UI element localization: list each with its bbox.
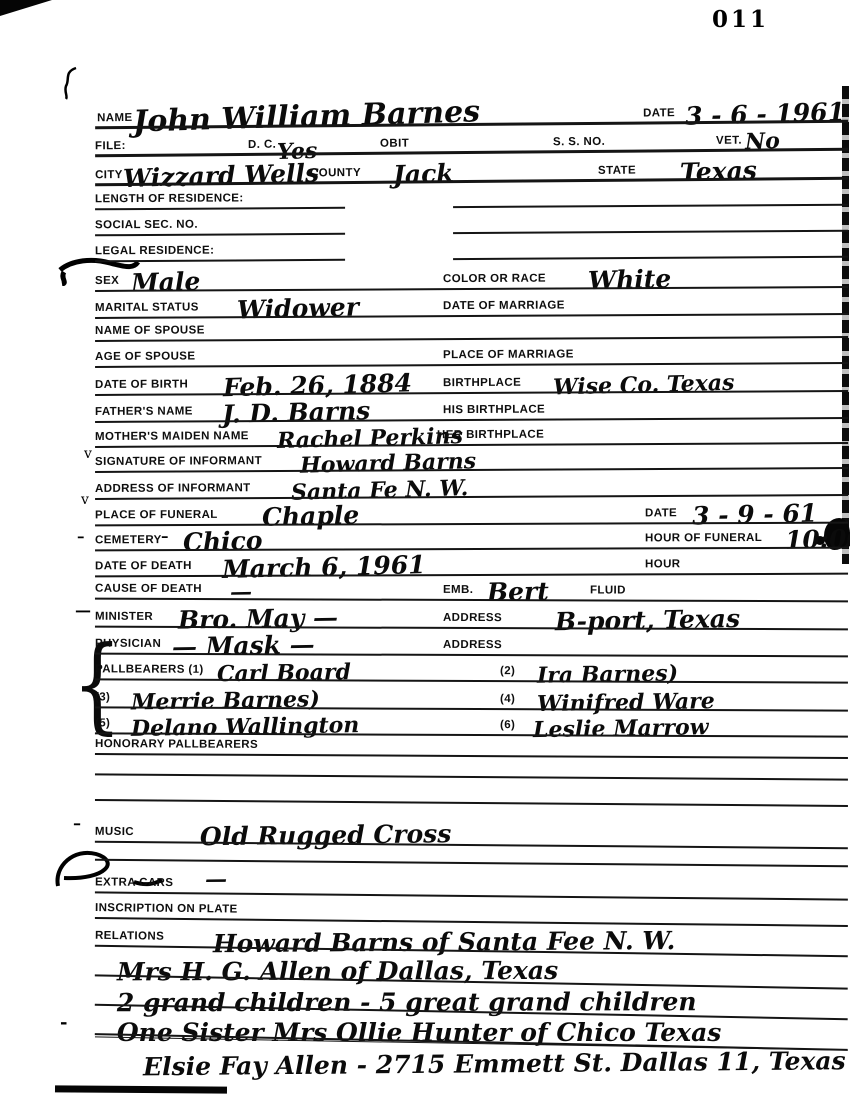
form-row-cemetery: – CEMETERY – Chico HOUR OF FUNERAL 10:00: [95, 523, 848, 552]
pen-dash-mark: –: [73, 814, 81, 833]
scan-bottom-bar-artifact: [55, 1085, 227, 1093]
place-of-funeral-label: PLACE OF FUNERAL: [95, 509, 218, 521]
pen-check-mark: v: [84, 446, 92, 462]
footer-note-row: Elsie Fay Allen - 2715 Emmett St. Dallas…: [95, 1041, 848, 1082]
file-label: FILE:: [95, 141, 126, 153]
place-of-marriage-label: PLACE OF MARRIAGE: [443, 349, 574, 361]
pallbearers-3-label: (3): [95, 692, 110, 704]
marital-status-label: MARITAL STATUS: [95, 302, 199, 314]
rule-line: [95, 233, 345, 237]
form-row-father: FATHER'S NAME J. D. Barns HIS BIRTHPLACE: [95, 392, 848, 423]
hour-of-funeral-label: HOUR OF FUNERAL: [645, 532, 762, 544]
pen-dash-mark: —: [75, 601, 91, 620]
form-row-pallbearers-3-4: (3) Merrie Barnes) (4) Winifred Ware: [95, 681, 848, 711]
scanned-funeral-record-page: 011 v v - { NAME John William Barnes DAT…: [0, 0, 850, 1100]
blank-ruled-line: [95, 787, 848, 807]
music-label: MUSIC: [95, 826, 134, 838]
city-label: CITY: [95, 170, 123, 182]
form-row-minister: — MINISTER Bro. May — ADDRESS B-port, Te…: [95, 600, 848, 631]
pallbearers-1-label: PALLBEARERS (1): [95, 664, 204, 676]
address-of-informant-label: ADDRESS OF INFORMANT: [95, 483, 251, 495]
ssn-label: S. S. NO.: [553, 136, 605, 148]
form-row-music: – MUSIC Old Rugged Cross: [95, 809, 848, 850]
form-row-spouse: NAME OF SPOUSE: [95, 315, 848, 342]
pallbearers-4-label: (4): [500, 694, 515, 706]
pallbearers-2-label: (2): [500, 666, 515, 678]
blank-ruled-line: [95, 761, 848, 780]
name-label: NAME: [97, 112, 133, 124]
state-label: STATE: [598, 165, 636, 177]
signature-of-informant-label: SIGNATURE OF INFORMANT: [95, 456, 262, 468]
color-race-label: COLOR OR RACE: [443, 273, 546, 285]
form-row-sex: SEX Male COLOR OR RACE White: [95, 260, 848, 292]
pen-dash-mark: -: [60, 1012, 67, 1033]
form-row-honorary-pallbearers: HONORARY PALLBEARERS: [95, 734, 848, 759]
pallbearers-6-label: (6): [500, 720, 515, 732]
form-row-name: NAME John William Barnes DATE 3 - 6 - 19…: [95, 89, 848, 130]
extra-cars-label: EXTRA CARS: [95, 877, 173, 889]
emb-label: EMB.: [443, 584, 473, 596]
minister-label: MINISTER: [95, 611, 153, 623]
rule-line: [453, 230, 848, 234]
form-row-residence: LENGTH OF RESIDENCE:: [95, 182, 848, 211]
form-row-cause: CAUSE OF DEATH — EMB. Bert FLUID: [95, 575, 848, 603]
age-of-spouse-label: AGE OF SPOUSE: [95, 351, 195, 363]
form-row-birth: DATE OF BIRTH Feb. 26, 1884 BIRTHPLACE W…: [95, 364, 848, 396]
cemetery-label: CEMETERY: [95, 535, 162, 547]
extra-cars-value: —: [205, 866, 227, 892]
form-row-legal-residence: LEGAL RESIDENCE:: [95, 235, 848, 263]
music-value: Old Rugged Cross: [200, 819, 452, 851]
pen-squiggle-mark: [56, 66, 86, 100]
fluid-label: FLUID: [590, 585, 626, 597]
pallbearers-5-label: (5): [95, 718, 110, 730]
footer-note-value: Elsie Fay Allen - 2715 Emmett St. Dallas…: [143, 1046, 846, 1081]
relations-label: RELATIONS: [95, 930, 164, 942]
physician-address-label: ADDRESS: [443, 639, 502, 651]
scan-corner-artifact: [0, 0, 52, 16]
legal-residence-label: LEGAL RESIDENCE:: [95, 245, 214, 257]
name-of-spouse-label: NAME OF SPOUSE: [95, 325, 205, 337]
form-row-marital: MARITAL STATUS Widower DATE OF MARRIAGE: [95, 288, 848, 319]
blank-ruled-line: [95, 849, 848, 868]
rule-line: [95, 799, 848, 807]
date-of-marriage-label: DATE OF MARRIAGE: [443, 300, 565, 312]
vet-label: VET.: [716, 135, 742, 147]
physician-label: PHYSICIAN: [95, 638, 161, 650]
minister-address-label: ADDRESS: [443, 612, 502, 624]
pen-dash-mark: –: [161, 527, 169, 545]
residence-label: LENGTH OF RESIDENCE:: [95, 193, 244, 205]
hour-label: HOUR: [645, 559, 681, 571]
his-birthplace-label: HIS BIRTHPLACE: [443, 404, 545, 416]
form-row-city: CITY Wizzard Wells COUNTY Jack STATE Tex…: [95, 152, 848, 187]
form-row-ssn: SOCIAL SEC. NO.: [95, 208, 848, 237]
rule-line: [95, 207, 345, 211]
mothers-maiden-name-label: MOTHER'S MAIDEN NAME: [95, 431, 249, 443]
rule-line: [95, 259, 345, 263]
date-of-birth-label: DATE OF BIRTH: [95, 379, 188, 391]
birthplace-label: BIRTHPLACE: [443, 377, 521, 389]
pen-check-mark: v: [81, 492, 89, 508]
cause-of-death-label: CAUSE OF DEATH: [95, 583, 202, 595]
her-birthplace-label: HER BIRTHPLACE: [437, 429, 544, 441]
ssn-label: SOCIAL SEC. NO.: [95, 219, 198, 231]
date-label: DATE: [643, 108, 675, 120]
obit-label: OBIT: [380, 138, 409, 150]
form-row-informant-address: ADDRESS OF INFORMANT Santa Fe N. W.: [95, 469, 848, 500]
funeral-date-label: DATE: [645, 508, 677, 520]
form-row-pallbearers-1-2: PALLBEARERS (1) Carl Board (2) Ira Barne…: [95, 654, 848, 683]
fathers-name-label: FATHER'S NAME: [95, 406, 193, 418]
pen-dash-mark: –: [77, 527, 85, 545]
date-of-death-label: DATE OF DEATH: [95, 560, 192, 572]
form-row-funeral-place: PLACE OF FUNERAL Chaple DATE 3 - 9 - 61: [95, 497, 848, 527]
form-row-physician: PHYSICIAN — Mask — ADDRESS: [95, 628, 848, 658]
county-label: COUNTY: [310, 167, 361, 179]
inscription-on-plate-label: INSCRIPTION ON PLATE: [95, 903, 238, 916]
form-row-death-date: DATE OF DEATH March 6, 1961 HOUR: [95, 548, 848, 578]
sex-label: SEX: [95, 275, 119, 287]
rule-line: [95, 773, 848, 780]
rule-line: [95, 753, 848, 759]
page-number: 011: [712, 6, 769, 33]
honorary-pallbearers-label: HONORARY PALLBEARERS: [95, 739, 258, 751]
form-row-pallbearers-5-6: (5) Delano Wallington (6) Leslie Marrow: [95, 708, 848, 737]
dc-label: D. C.: [248, 139, 276, 151]
